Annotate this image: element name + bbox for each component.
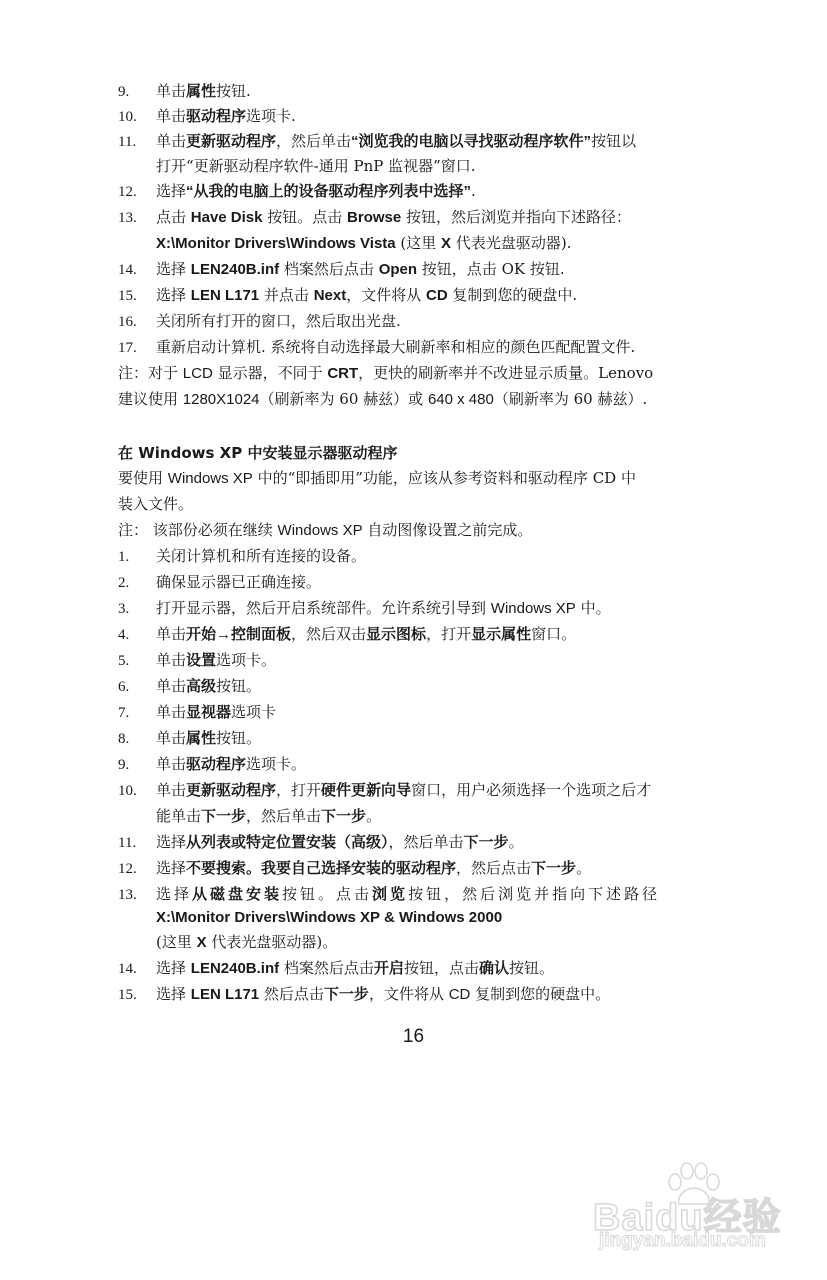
vista-step-16: 16.关闭所有打开的窗口，然后取出光盘. [118, 311, 401, 332]
bold-term: 下一步 [464, 834, 509, 851]
bold-term: 显示图标 [366, 626, 426, 643]
text: 中。 [576, 599, 611, 617]
text: 中的“即插即用”功能，应该从参考资料和驱动程序 CD 中 [253, 469, 636, 487]
xp-note: 注： 该部份必须在继续 Windows XP 自动图像设置之前完成。 [118, 520, 532, 541]
bold-term: 设置 [186, 652, 216, 669]
text: 按钮，点击 [404, 959, 479, 977]
xp-section-heading: 在 Windows XP 中安装显示器驱动程序 [118, 443, 397, 463]
text: ，然后单击 [276, 132, 351, 150]
bold-term: 硬件更新向导 [321, 782, 411, 799]
bold-term: 属性 [186, 730, 216, 747]
step-number: 13. [118, 885, 156, 905]
text: （刷新率为 60 赫兹）或 [260, 390, 428, 408]
step-number: 15. [118, 286, 156, 306]
text: 。 [509, 833, 524, 851]
xp-step-10-cont: 能单击下一步，然后单击下一步。 [156, 806, 381, 827]
text: Windows XP [491, 600, 576, 617]
text: 档案然后点击 [279, 260, 379, 278]
bold-term: LEN240B.inf [191, 261, 279, 278]
text: Windows XP [168, 470, 253, 487]
text: 中安装显示器驱动程序 [242, 444, 397, 462]
text: 并点击 [259, 286, 314, 304]
text: 选择 [156, 985, 191, 1003]
step-number: 14. [118, 959, 156, 979]
bold-term: X [441, 235, 451, 252]
xp-step-2: 2.确保显示器已正确连接。 [118, 572, 321, 593]
text: 关闭所有打开的窗口，然后取出光盘. [156, 312, 401, 330]
text: 注： 该部份必须在继续 [118, 521, 278, 539]
xp-step-10: 10.单击更新驱动程序，打开硬件更新向导窗口，用户必须选择一个选项之后才 [118, 780, 651, 801]
text: 按钮，然后浏览并指向下述路径： [401, 208, 631, 226]
text: 窗口。 [531, 625, 576, 643]
text: ，然后双击 [291, 625, 366, 643]
text: 按钮。点击 [263, 208, 348, 226]
bold-term: 高级 [186, 678, 216, 695]
bold-term: Next [314, 287, 347, 304]
bold-term: CD [426, 287, 448, 304]
text: 选择 [156, 959, 191, 977]
bold-term: Have Disk [191, 209, 263, 226]
step-number: 8. [118, 729, 156, 749]
bold-term: 显示属性 [471, 626, 531, 643]
step-number: 6. [118, 677, 156, 697]
text: 单击 [156, 677, 186, 695]
step-number: 17. [118, 338, 156, 358]
step-number: 3. [118, 599, 156, 619]
vista-step-17: 17.重新启动计算机. 系统将自动选择最大刷新率和相应的颜色匹配配置文件. [118, 337, 635, 358]
text: 。 [366, 807, 381, 825]
text: 按钮，然后浏览并指向下述路径 [408, 885, 660, 903]
text: 档案然后点击 [279, 959, 374, 977]
text: (这里 [156, 933, 197, 951]
text: ，然后单击 [389, 833, 464, 851]
watermark: Baidu经验 jingyan.baidu.com [585, 1158, 815, 1258]
step-number: 10. [118, 107, 156, 127]
text: 自动图像设置之前完成。 [363, 521, 533, 539]
text: 选择 [156, 833, 186, 851]
text: 选择 [156, 859, 186, 877]
step-number: 2. [118, 573, 156, 593]
text: 按钮。 [509, 959, 554, 977]
text: 640 x 480 [428, 391, 494, 408]
bold-term: 从磁盘安装 [192, 886, 282, 903]
text: ，打开 [276, 781, 321, 799]
vista-step-11: 11.单击更新驱动程序，然后单击“浏览我的电脑以寻找驱动程序软件”按钮以 [118, 131, 636, 152]
step-number: 11. [118, 132, 156, 152]
text: 按钮。 [216, 677, 261, 695]
vista-step-12: 12.选择“从我的电脑上的设备驱动程序列表中选择”. [118, 181, 476, 202]
text: 选项卡。 [246, 755, 306, 773]
xp-step-15: 15.选择 LEN L171 然后点击下一步，文件将从 CD 复制到您的硬盘中。 [118, 984, 610, 1005]
vista-step-9: 9.单击属性按钮. [118, 81, 251, 102]
text: ，文件将从 [346, 286, 426, 304]
bold-term: 下一步 [324, 986, 369, 1003]
bold-term: 不要搜索。我要自己选择安装的驱动程序 [186, 860, 456, 877]
bold-term: 开始→控制面板 [186, 626, 291, 643]
bold-term: X [197, 934, 207, 951]
bold-term: 从列表或特定位置安装（高级） [186, 834, 389, 851]
bold-term: LEN L171 [191, 986, 259, 1003]
step-number: 5. [118, 651, 156, 671]
text: CD [449, 986, 471, 1003]
vista-step-13: 13.点击 Have Disk 按钮。点击 Browse 按钮，然后浏览并指向下… [118, 207, 631, 228]
bold-term: 驱动程序 [186, 756, 246, 773]
text: 建议使用 [118, 390, 183, 408]
step-number: 12. [118, 182, 156, 202]
text: 能单击 [156, 807, 201, 825]
text: 单击 [156, 625, 186, 643]
text: 确保显示器已正确连接。 [156, 573, 321, 591]
text: 然后点击 [259, 985, 324, 1003]
text: 按钮以 [591, 132, 636, 150]
step-number: 4. [118, 625, 156, 645]
text: 重新启动计算机. 系统将自动选择最大刷新率和相应的颜色匹配配置文件. [156, 338, 635, 356]
text: 按钮，点击 OK 按钮. [417, 260, 565, 278]
vista-step-10: 10.单击驱动程序选项卡. [118, 106, 296, 127]
step-number: 7. [118, 703, 156, 723]
text: 单击 [156, 651, 186, 669]
page-number: 16 [0, 1026, 827, 1048]
xp-step-4: 4.单击开始→控制面板，然后双击显示图标，打开显示属性窗口。 [118, 624, 576, 645]
bold-term: LEN240B.inf [191, 960, 279, 977]
text: 在 [118, 444, 138, 462]
bold-term: 下一步 [201, 808, 246, 825]
text: LCD [183, 365, 213, 382]
step-number: 9. [118, 755, 156, 775]
step-number: 14. [118, 260, 156, 280]
text: 单击 [156, 755, 186, 773]
text: 打开显示器，然后开启系统部件。允许系统引导到 [156, 599, 491, 617]
bold-term: LEN L171 [191, 287, 259, 304]
xp-step-5: 5.单击设置选项卡。 [118, 650, 276, 671]
vista-step-14: 14.选择 LEN240B.inf 档案然后点击 Open 按钮，点击 OK 按… [118, 259, 565, 280]
text: 窗口，用户必须选择一个选项之后才 [411, 781, 651, 799]
text: 要使用 [118, 469, 168, 487]
text: 代表光盘驱动器)。 [207, 933, 338, 951]
text: 选择 [156, 286, 191, 304]
vista-step-11-cont: 打开“更新驱动程序软件-通用 PnP 监视器”窗口. [156, 156, 476, 176]
text: ，文件将从 [369, 985, 449, 1003]
path-text: X:\Monitor Drivers\Windows Vista [156, 235, 396, 252]
text: 单击 [156, 729, 186, 747]
vista-step-13-path: X:\Monitor Drivers\Windows Vista (这里 X 代… [156, 233, 571, 254]
text: 关闭计算机和所有连接的设备。 [156, 547, 366, 565]
xp-step-13-path: X:\Monitor Drivers\Windows XP & Windows … [156, 908, 502, 928]
xp-step-3: 3.打开显示器，然后开启系统部件。允许系统引导到 Windows XP 中。 [118, 598, 611, 619]
text: 选择 [156, 260, 191, 278]
xp-step-8: 8.单击属性按钮。 [118, 728, 261, 749]
text: 选项卡. [246, 107, 296, 125]
xp-step-1: 1.关闭计算机和所有连接的设备。 [118, 546, 366, 567]
watermark-url: jingyan.baidu.com [599, 1230, 766, 1252]
xp-step-7: 7.单击显视器选项卡 [118, 702, 276, 723]
bold-term: 确认 [479, 960, 509, 977]
step-number: 10. [118, 781, 156, 801]
bold-term: 开启 [374, 960, 404, 977]
text: 按钮. [216, 82, 251, 100]
text: （刷新率为 60 赫兹）. [494, 390, 647, 408]
bold-term: 更新驱动程序 [186, 133, 276, 150]
vista-step-15: 15.选择 LEN L171 并点击 Next，文件将从 CD 复制到您的硬盘中… [118, 285, 577, 306]
text: 选项卡。 [216, 651, 276, 669]
bold-term: “浏览我的电脑以寻找驱动程序软件” [351, 133, 591, 150]
text: 1280X1024 [183, 391, 260, 408]
step-number: 9. [118, 82, 156, 102]
vista-note-line1: 注：对于 LCD 显示器，不同于 CRT，更快的刷新率并不改进显示质量。Leno… [118, 363, 653, 384]
bold-term: “从我的电脑上的设备驱动程序列表中选择” [186, 183, 471, 200]
text: 复制到您的硬盘中。 [470, 985, 610, 1003]
xp-step-11: 11.选择从列表或特定位置安装（高级），然后单击下一步。 [118, 832, 524, 853]
step-number: 12. [118, 859, 156, 879]
text: 。 [576, 859, 591, 877]
text: 显示器，不同于 [213, 364, 328, 382]
bold-term: 属性 [186, 83, 216, 100]
text: 单击 [156, 82, 186, 100]
text: 单击 [156, 703, 186, 721]
xp-step-14: 14.选择 LEN240B.inf 档案然后点击开启按钮，点击确认按钮。 [118, 958, 554, 979]
bold-term: 下一步 [321, 808, 366, 825]
text: ，然后单击 [246, 807, 321, 825]
xp-step-13: 13.选择从磁盘安装按钮。点击浏览按钮，然后浏览并指向下述路径 [118, 884, 660, 905]
bold-term: 驱动程序 [186, 108, 246, 125]
step-number: 11. [118, 833, 156, 853]
vista-note-line2: 建议使用 1280X1024（刷新率为 60 赫兹）或 640 x 480（刷新… [118, 389, 647, 410]
text: 按钮。点击 [282, 885, 372, 903]
step-number: 13. [118, 208, 156, 228]
text: 单击 [156, 781, 186, 799]
xp-step-12: 12.选择不要搜索。我要自己选择安装的驱动程序，然后点击下一步。 [118, 858, 591, 879]
xp-step-13-note: (这里 X 代表光盘驱动器)。 [156, 932, 337, 953]
xp-step-6: 6.单击高级按钮。 [118, 676, 261, 697]
text: 选择 [156, 182, 186, 200]
text: . [471, 182, 476, 200]
text: ，更快的刷新率并不改进显示质量。Lenovo [358, 364, 653, 382]
text: 单击 [156, 132, 186, 150]
bold-term: 浏览 [372, 886, 408, 903]
step-number: 1. [118, 547, 156, 567]
text: 选项卡 [231, 703, 276, 721]
bold-term: CRT [327, 365, 358, 382]
step-number: 16. [118, 312, 156, 332]
bold-term: 显视器 [186, 704, 231, 721]
bold-term: Open [379, 261, 417, 278]
text: 单击 [156, 107, 186, 125]
xp-intro-line1: 要使用 Windows XP 中的“即插即用”功能，应该从参考资料和驱动程序 C… [118, 468, 636, 489]
text: Windows XP [278, 522, 363, 539]
text: 代表光盘驱动器). [451, 234, 571, 252]
text: ，然后点击 [456, 859, 531, 877]
text: 按钮。 [216, 729, 261, 747]
document-page: 9.单击属性按钮. 10.单击驱动程序选项卡. 11.单击更新驱动程序，然后单击… [0, 0, 827, 1280]
step-number: 15. [118, 985, 156, 1005]
bold-term: 更新驱动程序 [186, 782, 276, 799]
bold-term: Browse [347, 209, 401, 226]
xp-step-9: 9.单击驱动程序选项卡。 [118, 754, 306, 775]
xp-intro-line2: 装入文件。 [118, 494, 193, 514]
text: 复制到您的硬盘中. [448, 286, 578, 304]
text: (这里 [396, 234, 441, 252]
text: 选择 [156, 885, 192, 903]
text: 注：对于 [118, 364, 183, 382]
text: ，打开 [426, 625, 471, 643]
text: Windows XP [138, 444, 242, 462]
bold-term: 下一步 [531, 860, 576, 877]
text: 点击 [156, 208, 191, 226]
